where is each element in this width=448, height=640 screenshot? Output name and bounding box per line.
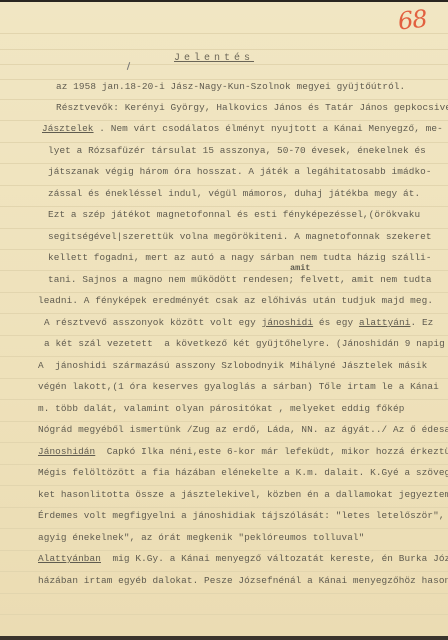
text-line: lyet a Rózsafüzér társulat 15 asszonya, … — [48, 145, 426, 157]
document-page: 68 Jelentés az 1958 jan.18-20-i Jász-Nag… — [0, 2, 448, 636]
text-line: agyig énekelnek", az órát megkenik "pekl… — [38, 532, 364, 544]
text-line: A résztvevő asszonyok között volt egy já… — [44, 317, 433, 329]
ruled-line — [0, 507, 448, 508]
underlined-place-name: Jánoshidán — [38, 446, 95, 457]
ruled-line — [0, 464, 448, 465]
text-line: Érdemes volt megfigyelni a jánoshidiak t… — [38, 510, 445, 522]
ruled-line — [0, 142, 448, 143]
text-line: tani. Sajnos a magno nem működött rendes… — [48, 274, 432, 286]
underlined-place-name: Alattyánban — [38, 553, 101, 564]
ruled-line — [0, 442, 448, 443]
ruled-line — [0, 120, 448, 121]
ruled-line — [0, 292, 448, 293]
text-fragment: A résztvevő asszonyok között volt egy — [44, 317, 262, 328]
ruled-line — [0, 185, 448, 186]
text-fragment: . Nem várt csodálatos élményt nyujtott a… — [94, 123, 443, 134]
ruled-line — [0, 313, 448, 314]
ruled-line — [0, 79, 448, 80]
text-line: Ezt a szép játékot magnetofonnal és esti… — [48, 209, 420, 221]
ruled-line — [0, 163, 448, 164]
text-fragment: és egy — [313, 317, 359, 328]
text-line: Jásztelek . Nem várt csodálatos élményt … — [42, 123, 443, 135]
text-line: ket hasonlitotta össze a jásztelekivel, … — [38, 489, 448, 501]
text-line: A jánoshidi származású asszony Szlobodny… — [38, 360, 427, 372]
ruled-line — [0, 571, 448, 572]
text-line: leadni. A fényképek eredményét csak az e… — [38, 295, 433, 307]
text-line: játszanak végig három óra hosszat. A ját… — [48, 166, 432, 178]
text-line: Mégis felöltözött a fia házában elénekel… — [38, 467, 448, 479]
ruled-line — [0, 550, 448, 551]
page-number: 68 — [397, 5, 428, 36]
text-line: az 1958 jan.18-20-i Jász-Nagy-Kun-Szolno… — [56, 81, 405, 93]
ruled-line — [0, 485, 448, 486]
underlined-place-name: Jásztelek — [42, 123, 94, 134]
ruled-line — [0, 249, 448, 250]
ruled-line — [0, 64, 448, 65]
document-title: Jelentés — [174, 53, 254, 64]
text-line: kellett fogadni, mert az autó a nagy sár… — [48, 252, 432, 264]
ruled-line — [0, 228, 448, 229]
text-line: a két szál vezetett a következő két gyüj… — [44, 338, 448, 350]
ruled-line — [0, 528, 448, 529]
ruled-line — [0, 33, 448, 34]
text-line: Jánoshidán Capkó Ilka néni,este 6-kor má… — [38, 446, 448, 458]
underlined-place-name: alattyáni — [359, 317, 411, 328]
ruled-line — [0, 614, 448, 615]
ruled-line — [0, 399, 448, 400]
text-line: m. több dalát, valamint olyan párositóka… — [38, 403, 404, 415]
handwritten-insertion: amit — [290, 263, 310, 273]
ruled-line — [0, 378, 448, 379]
text-line: végén lakott,(1 óra keserves gyaloglás a… — [38, 381, 439, 393]
ruled-line — [0, 421, 448, 422]
ruled-line — [0, 99, 448, 100]
page-bottom-edge — [0, 636, 448, 640]
text-fragment: mig K.Gy. a Kánai menyegző változatát ke… — [101, 553, 448, 564]
text-line: Alattyánban mig K.Gy. a Kánai menyegző v… — [38, 553, 448, 565]
ruled-line — [0, 593, 448, 594]
ruled-line — [0, 270, 448, 271]
ruled-line — [0, 335, 448, 336]
underlined-place-name: jánoshidi — [262, 317, 314, 328]
text-line: zással és énekléssel indul, végül mámoro… — [48, 188, 420, 200]
text-line: Résztvevők: Kerényi György, Halkovics Já… — [56, 102, 448, 114]
ruled-line — [0, 206, 448, 207]
text-line: házában irtam egyéb dalokat. Pesze Józse… — [38, 575, 448, 587]
ruled-line — [0, 49, 448, 50]
ruled-line — [0, 356, 448, 357]
text-fragment: Capkó Ilka néni,este 6-kor már lefeküdt,… — [95, 446, 448, 457]
text-fragment: . Ez — [411, 317, 434, 328]
text-line: segitségével|szerettük volna megörökiten… — [48, 231, 432, 243]
text-line: Nógrád megyéből ismertünk /Zug az erdő, … — [38, 424, 448, 436]
